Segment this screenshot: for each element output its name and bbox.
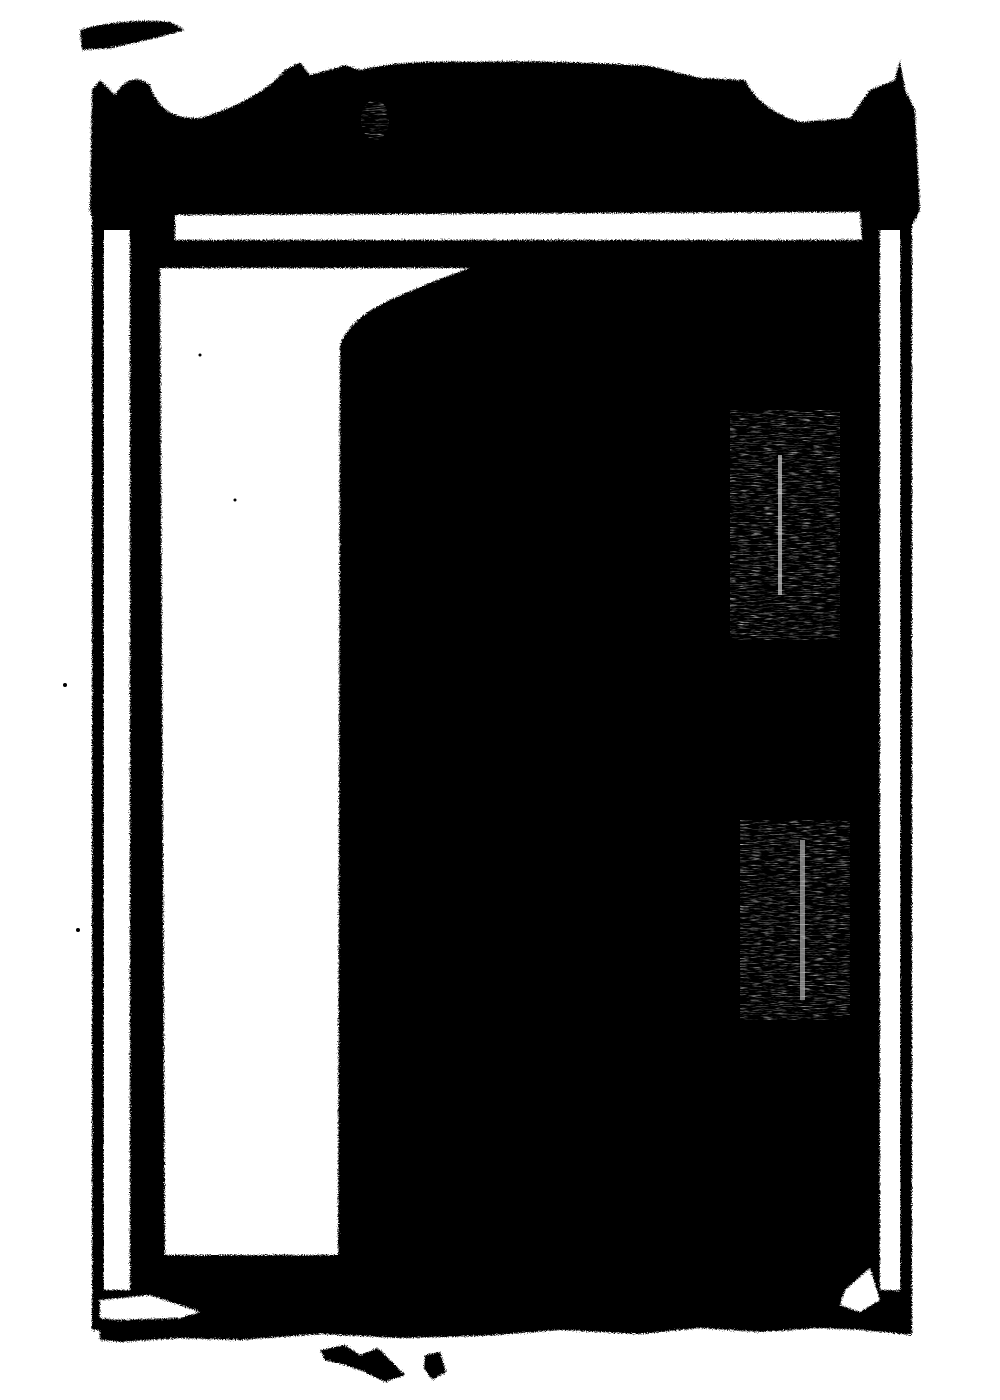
inner-left-edge <box>130 230 158 1310</box>
speck <box>234 499 237 502</box>
frame-left-rail <box>92 200 104 1330</box>
speck <box>76 928 80 932</box>
frame-right-rail <box>900 200 912 1330</box>
frame-right-white-border <box>878 230 900 1290</box>
streak-line-2 <box>800 840 805 1000</box>
streak-line-1 <box>778 455 782 595</box>
streak-upper <box>730 410 840 640</box>
speck <box>63 683 67 687</box>
ink-blot-bottom-2 <box>424 1352 446 1380</box>
streak-lower <box>740 820 850 1020</box>
speck <box>199 354 202 357</box>
ink-print-artwork <box>0 0 1000 1400</box>
band-speck <box>361 100 389 140</box>
frame-left-white-border <box>104 230 130 1290</box>
frame-bottom-band <box>96 1290 912 1342</box>
ink-print-canvas <box>0 0 1000 1400</box>
ink-blot-bottom <box>320 1345 405 1382</box>
ink-smear-top-left <box>80 21 185 50</box>
